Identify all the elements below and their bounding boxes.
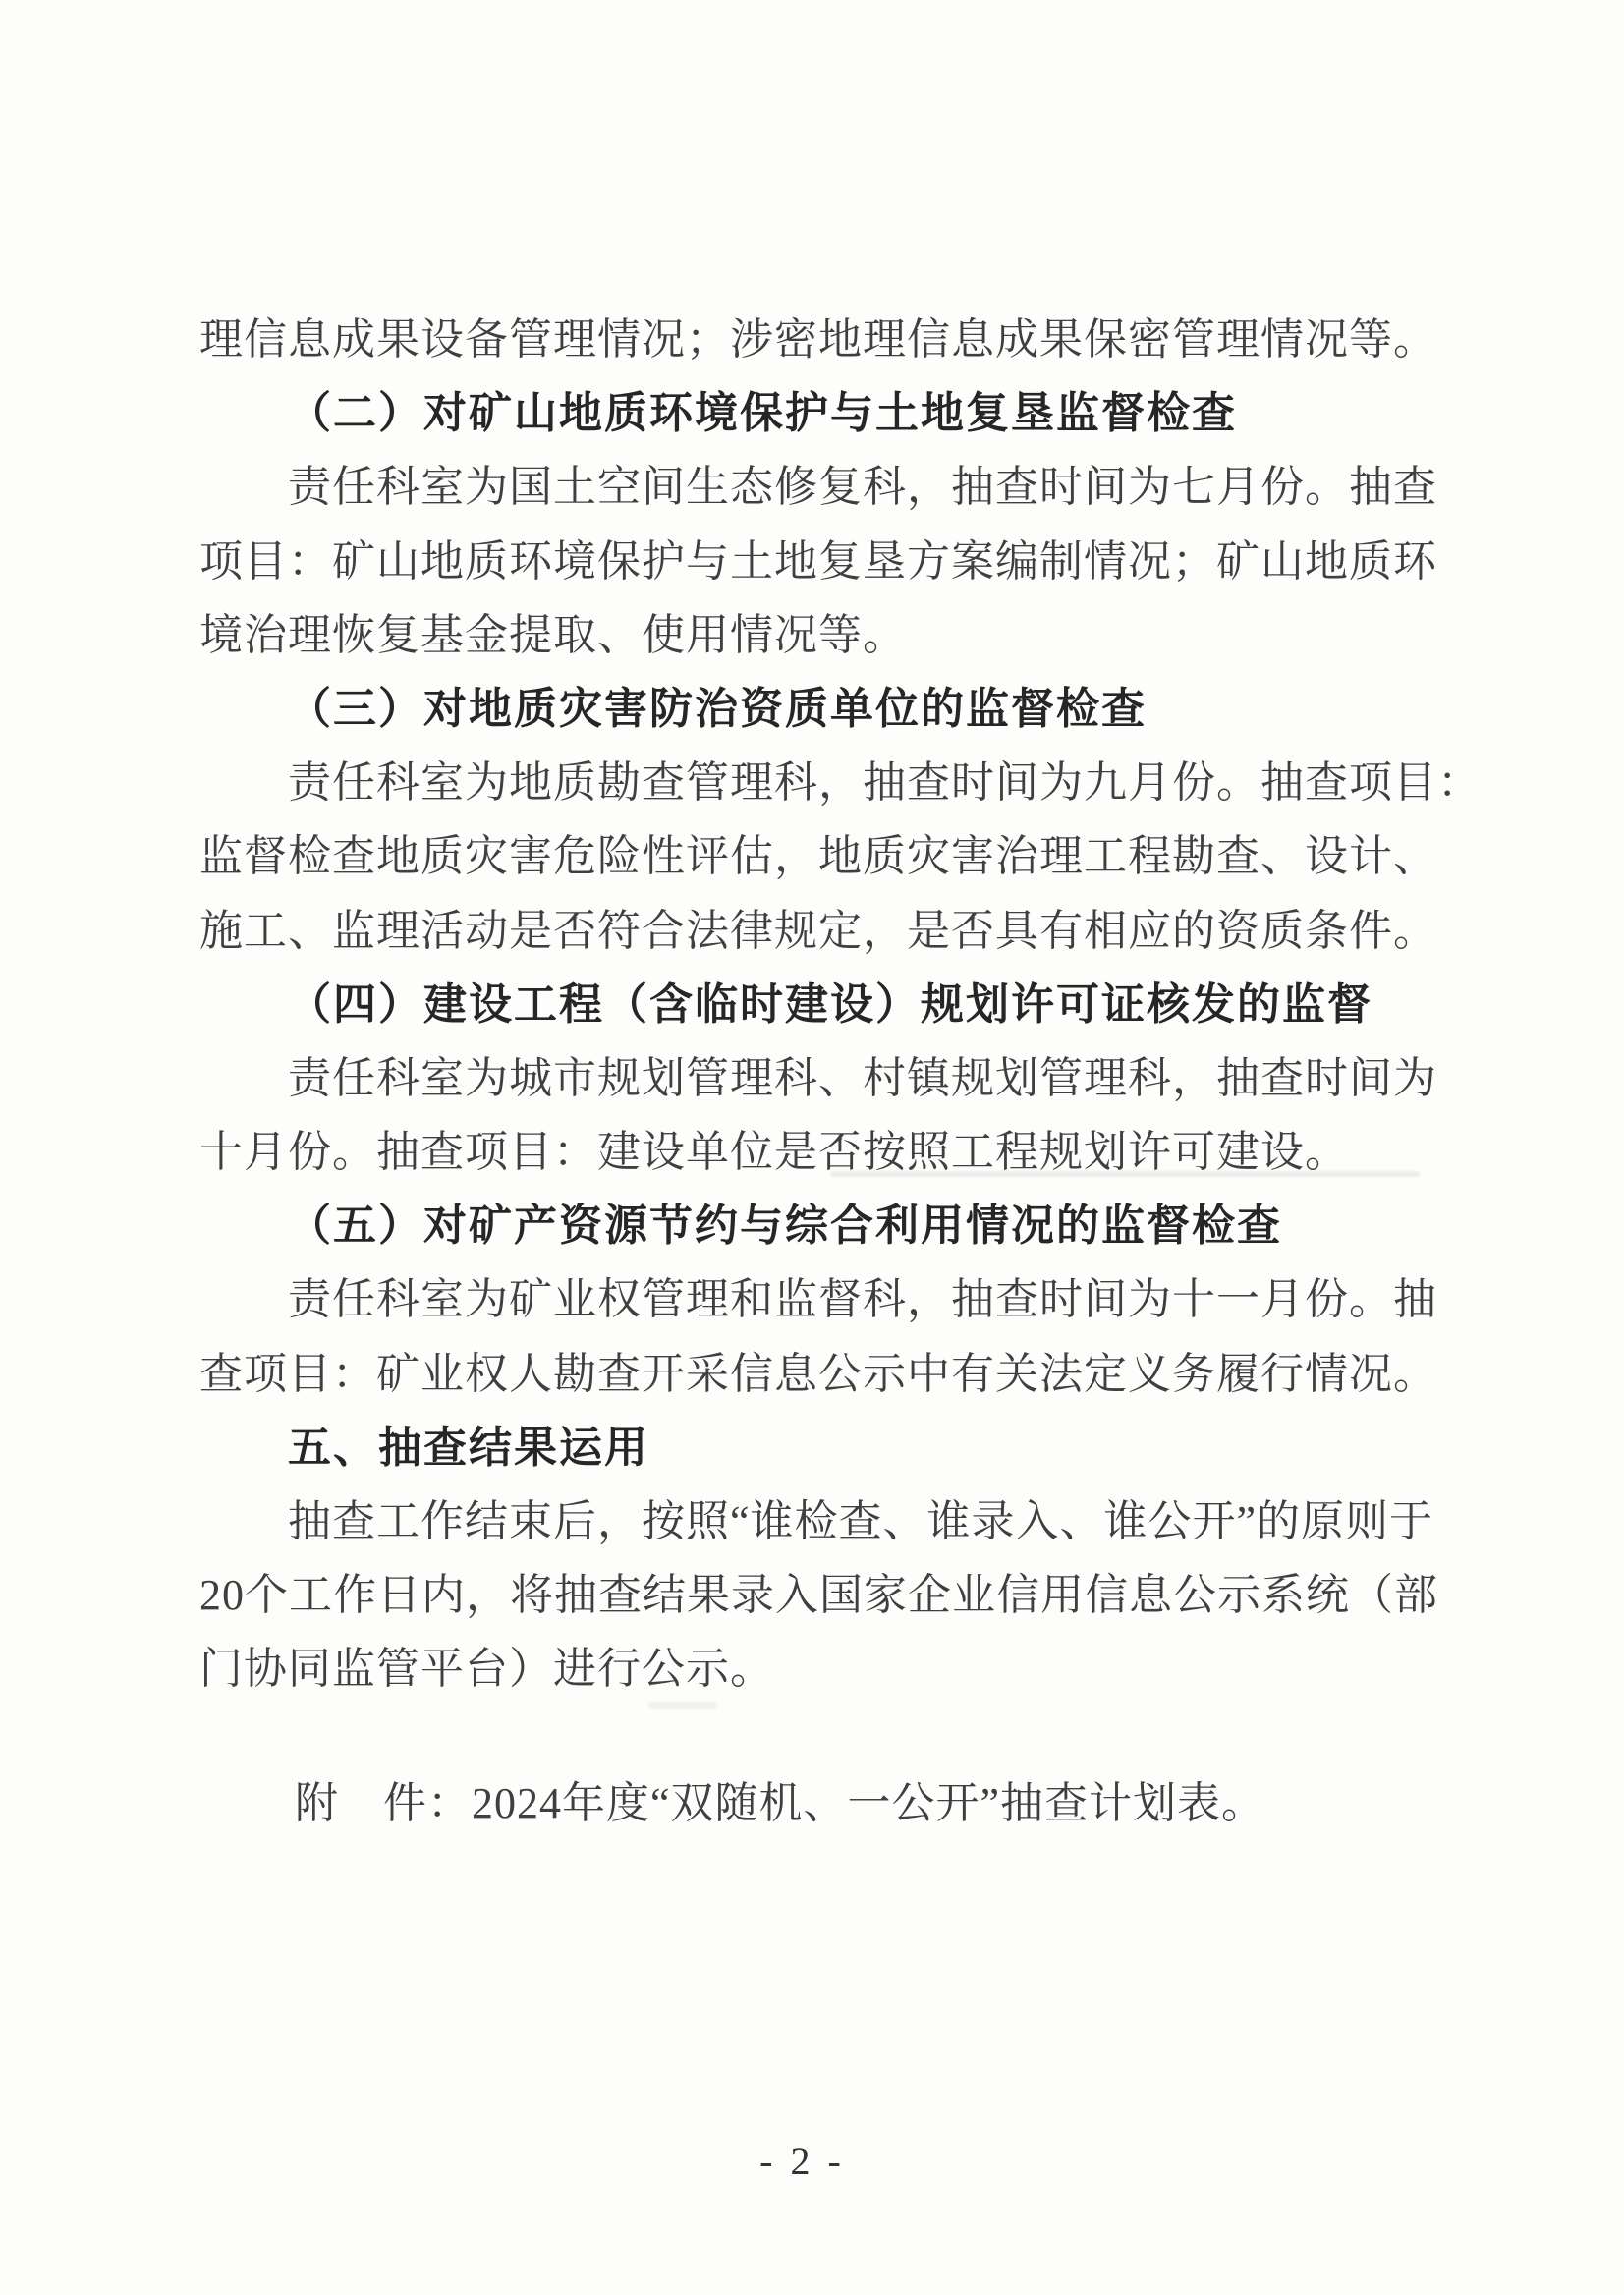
- body-line: 境治理恢复基金提取、使用情况等。: [199, 598, 1437, 672]
- body-line: 门协同监管平台）进行公示。: [199, 1632, 1437, 1706]
- body-line: 责任科室为矿业权管理和监督科，抽查时间为十一月份。抽: [199, 1262, 1437, 1336]
- body-line: 监督检查地质灾害危险性评估，地质灾害治理工程勘查、设计、: [199, 819, 1437, 893]
- body-line: 责任科室为城市规划管理科、村镇规划管理科，抽查时间为: [199, 1041, 1437, 1115]
- attachment-line: 附 件：2024年度“双随机、一公开”抽查计划表。: [295, 1774, 1265, 1833]
- body-line: 20个工作日内，将抽查结果录入国家企业信用信息公示系统（部: [199, 1558, 1437, 1632]
- body-line: 项目：矿山地质环境保护与土地复垦方案编制情况；矿山地质环: [199, 525, 1437, 598]
- body-line: 十月份。抽查项目：建设单位是否按照工程规划许可建设。: [199, 1115, 1437, 1189]
- document-page: 理信息成果设备管理情况；涉密地理信息成果保密管理情况等。（二）对矿山地质环境保护…: [0, 0, 1624, 2295]
- body-line: 施工、监理活动是否符合法律规定，是否具有相应的资质条件。: [199, 894, 1437, 968]
- heading-line: （三）对地质灾害防治资质单位的监督检查: [199, 672, 1437, 746]
- body-line: 抽查工作结束后，按照“谁检查、谁录入、谁公开”的原则于: [199, 1484, 1437, 1558]
- heading-line: 五、抽查结果运用: [199, 1411, 1437, 1484]
- body-line: 责任科室为国土空间生态修复科，抽查时间为七月份。抽查: [199, 450, 1437, 524]
- page-number: - 2 -: [0, 2138, 1604, 2184]
- body-line: 理信息成果设备管理情况；涉密地理信息成果保密管理情况等。: [199, 303, 1437, 376]
- body-line: 责任科室为地质勘查管理科，抽查时间为九月份。抽查项目：: [199, 746, 1437, 819]
- body-line: 查项目：矿业权人勘查开采信息公示中有关法定义务履行情况。: [199, 1337, 1437, 1411]
- heading-line: （四）建设工程（含临时建设）规划许可证核发的监督: [199, 968, 1437, 1041]
- heading-line: （二）对矿山地质环境保护与土地复垦监督检查: [199, 376, 1437, 450]
- document-lines: 理信息成果设备管理情况；涉密地理信息成果保密管理情况等。（二）对矿山地质环境保护…: [199, 303, 1437, 1707]
- heading-line: （五）对矿产资源节约与综合利用情况的监督检查: [199, 1189, 1437, 1262]
